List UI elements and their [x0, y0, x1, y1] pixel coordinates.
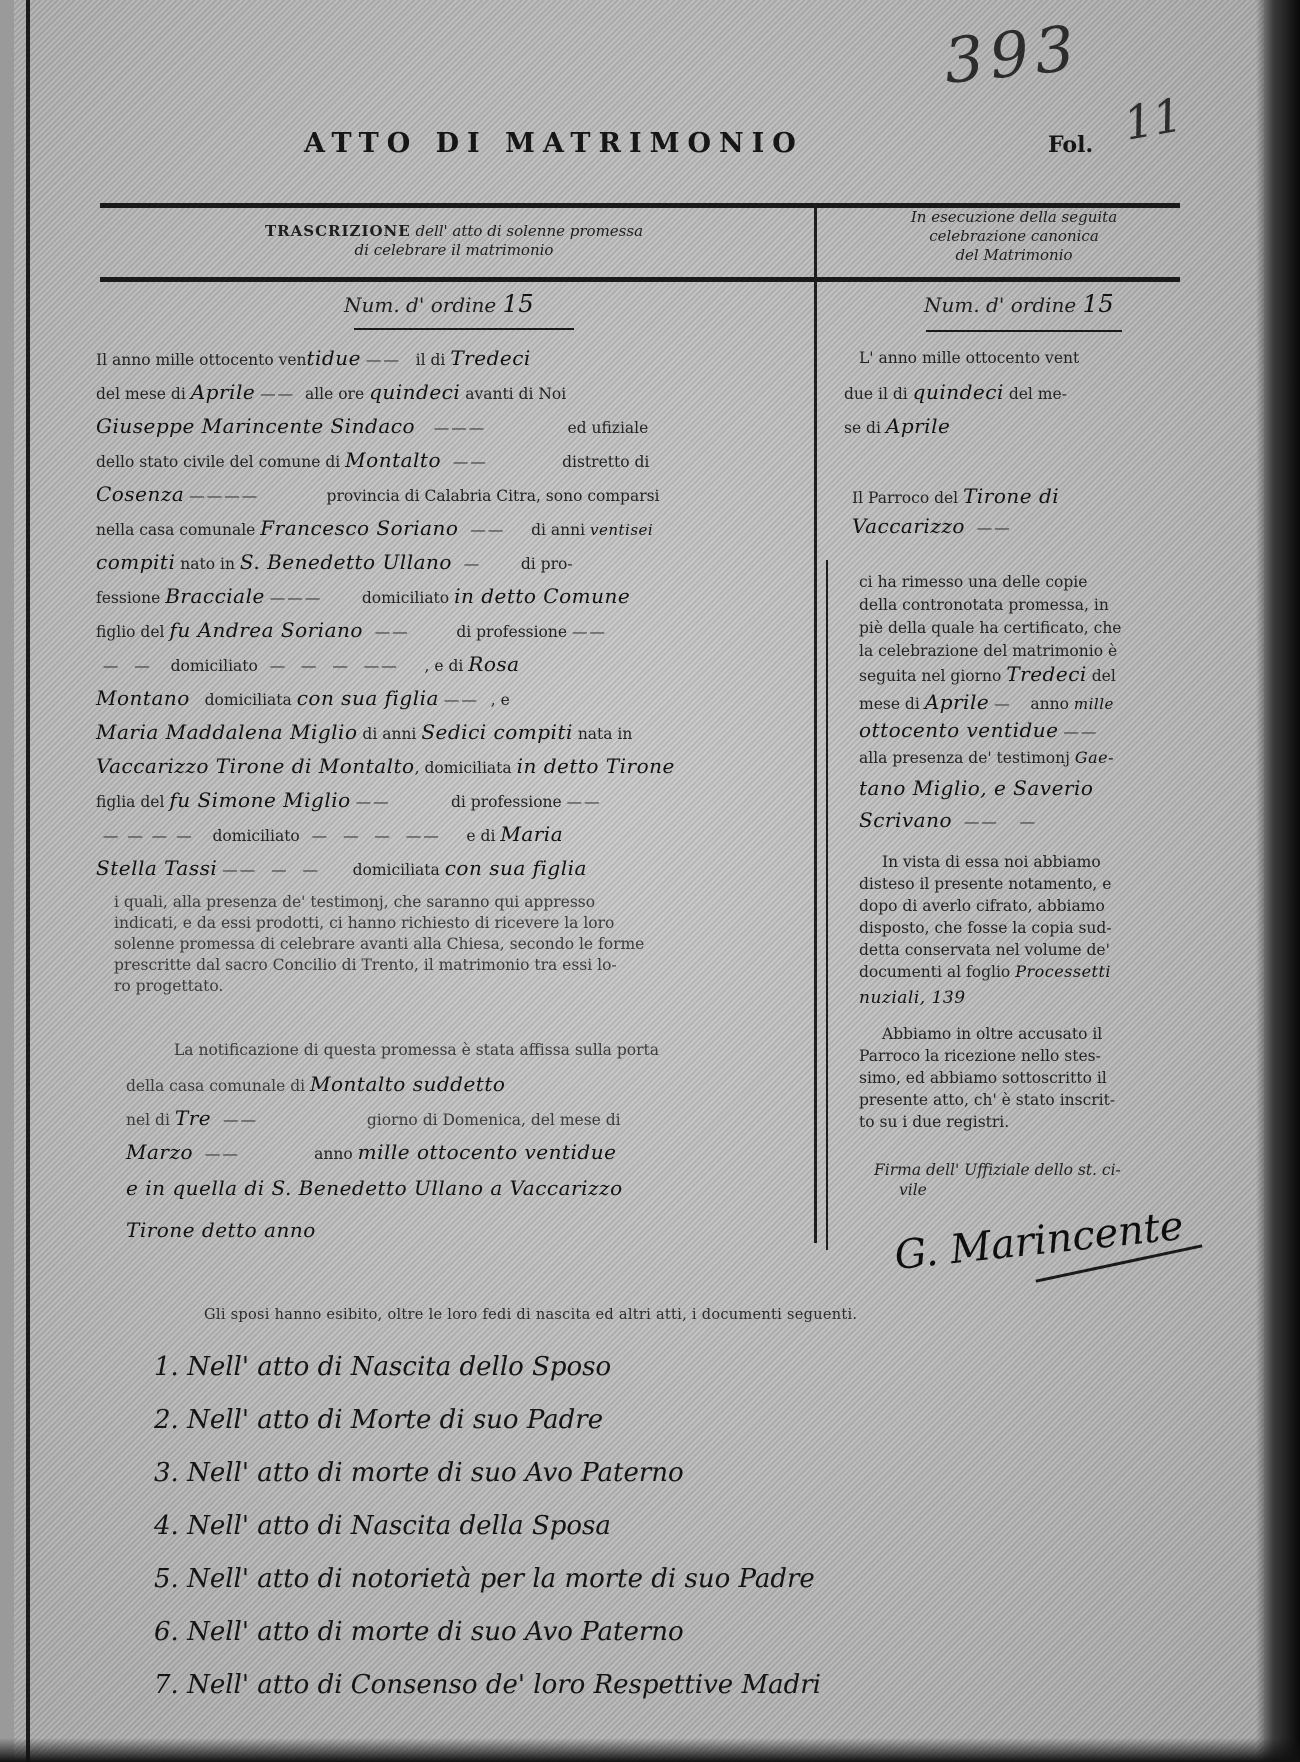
line-print: domiciliato: [213, 827, 300, 845]
line-hand: Processetti: [1015, 962, 1111, 981]
line-hand: fu Simone Miglio: [169, 788, 350, 812]
line-print: dello stato civile del comune di: [96, 453, 340, 471]
record-line-5: Cosenza ———— provincia di Calabria Citra…: [96, 484, 660, 506]
left-column-header: TRASCRIZIONE dell' atto di solenne prome…: [134, 222, 774, 260]
line-print: di pro-: [521, 555, 573, 573]
document-item: 1. Nell' atto di Nascita dello Sposo: [154, 1352, 821, 1405]
celebration-line-6: Scrivano —— —: [859, 810, 1037, 832]
document-item: 7. Nell' atto di Consenso de' loro Respe…: [154, 1670, 821, 1723]
line-print: , e di: [425, 657, 464, 675]
signature-label-1: Firma dell' Uffiziale dello st. ci-: [874, 1160, 1121, 1180]
closing2-line-1: Abbiamo in oltre accusato il: [882, 1024, 1102, 1044]
printed-paragraph-line-3: solenne promessa di celebrare avanti all…: [114, 934, 644, 954]
line-hand: Vaccarizzo: [852, 514, 965, 538]
celebration-line-4: alla presenza de' testimonj Gae-: [859, 748, 1114, 768]
line-hand: Francesco Soriano: [260, 516, 458, 540]
right-header-line: In esecuzione della seguita: [911, 208, 1117, 226]
line-hand: Rosa: [468, 652, 519, 676]
closing-line-5: detta conservata nel volume de': [859, 940, 1110, 960]
line-hand: Montano: [96, 686, 190, 710]
record-line-6: nella casa comunale Francesco Soriano ——…: [96, 518, 653, 540]
parroco-line-1: Il Parroco del Tirone di: [852, 486, 1059, 508]
line-print: avanti di Noi: [465, 385, 566, 403]
binding-shadow: [1256, 0, 1300, 1762]
left-header-rest-1: dell' atto di solenne promessa: [415, 222, 643, 240]
line-hand: Gae-: [1075, 748, 1114, 767]
line-hand: in detto Tirone: [517, 754, 675, 778]
line-print: nata in: [578, 725, 633, 743]
celebration-line-2: mese di Aprile — anno mille: [859, 692, 1114, 714]
closing2-line-3: simo, ed abbiamo sottoscritto il: [859, 1068, 1107, 1088]
line-print: alla presenza de' testimonj: [859, 749, 1070, 767]
line-print: seguita nel giorno: [859, 667, 1001, 685]
line-print: domiciliata: [205, 691, 292, 709]
line-hand: Vaccarizzo Tirone di Montalto: [96, 754, 415, 778]
line-print: di anni: [531, 521, 585, 539]
line-print: anno: [1030, 695, 1069, 713]
line-hand: in detto Comune: [454, 584, 630, 608]
line-hand: mille ottocento ventidue: [358, 1140, 617, 1164]
record-line-9: figlio del fu Andrea Soriano —— di profe…: [96, 620, 607, 642]
line-print: , e: [491, 691, 510, 709]
notification-line-6: Tirone detto anno: [126, 1220, 316, 1242]
document-page: 393 11 ATTO DI MATRIMONIO Fol. TRASCRIZI…: [14, 0, 1264, 1762]
record-line-2: del mese di Aprile —— alle ore quindeci …: [96, 382, 566, 404]
signature-label-2: vile: [899, 1180, 927, 1200]
line-hand: con sua figlia: [445, 856, 587, 880]
line-hand: Cosenza: [96, 482, 184, 506]
line-hand: Maria: [500, 822, 563, 846]
right-header-line: del Matrimonio: [955, 246, 1072, 264]
line-print: nato in: [180, 555, 235, 573]
line-print: provincia di Calabria Citra, sono compar…: [327, 487, 660, 505]
page-edge-line: [26, 0, 30, 1762]
column-divider: [814, 203, 817, 1243]
line-hand: Stella Tassi: [96, 856, 217, 880]
line-print: del me-: [1009, 385, 1067, 403]
line-hand: Tredeci: [1006, 662, 1086, 686]
closing-line-4: disposto, che fosse la copia sud-: [859, 918, 1112, 938]
notification-line-2: della casa comunale di Montalto suddetto: [126, 1074, 505, 1096]
celebration-line-3: ottocento ventidue ——: [859, 720, 1098, 742]
footer-note: Gli sposi hanno esibito, oltre le loro f…: [204, 1307, 857, 1323]
right-intro-line-2: due il di quindeci del me-: [844, 382, 1067, 404]
line-hand: Maria Maddalena Miglio: [96, 720, 357, 744]
notification-line-5: e in quella di S. Benedetto Ullano a Vac…: [126, 1178, 623, 1200]
printed-paragraph-line-1: i quali, alla presenza de' testimonj, ch…: [114, 892, 595, 912]
document-item: 6. Nell' atto di morte di suo Avo Patern…: [154, 1617, 821, 1670]
line-hand: Scrivano: [859, 808, 952, 832]
line-hand: Tirone detto anno: [126, 1218, 316, 1242]
record-line-10: — — domiciliato — — — —— , e di Rosa: [96, 654, 520, 676]
line-hand: Aprile: [925, 690, 989, 714]
bottom-edge-shadow: [0, 1738, 1300, 1762]
celebration-line-5: tano Miglio, e Saverio: [859, 778, 1093, 800]
line-print: e di: [466, 827, 495, 845]
printed-paragraph-line-5: ro progettato.: [114, 976, 223, 996]
notification-line-1: La notificazione di questa promessa è st…: [174, 1040, 659, 1060]
line-hand: Marzo: [126, 1140, 193, 1164]
line-hand: Sedici compiti: [421, 720, 573, 744]
right-order-number: Num. d' ordine 15: [924, 290, 1114, 318]
line-print: nel di: [126, 1111, 170, 1129]
line-print: del mese di: [96, 385, 186, 403]
line-hand: Tirone di: [963, 484, 1059, 508]
closing-line-3: dopo di averlo cifrato, abbiamo: [859, 896, 1105, 916]
line-print: figlia del: [96, 793, 164, 811]
line-print: Il Parroco del: [852, 489, 958, 507]
right-body-line-4: la celebrazione del matrimonio è: [859, 641, 1117, 661]
right-intro-line-3: se di Aprile: [844, 416, 950, 438]
left-order-number: Num. d' ordine 15: [344, 290, 534, 318]
line-hand: Aprile: [886, 414, 950, 438]
printed-paragraph-line-2: indicati, e da essi prodotti, ci hanno r…: [114, 913, 614, 933]
line-print: il di: [416, 351, 446, 369]
document-item: 5. Nell' atto di notorietà per la morte …: [154, 1564, 821, 1617]
line-hand: compiti: [96, 550, 175, 574]
line-hand: ottocento ventidue: [859, 718, 1058, 742]
line-hand: con sua figlia: [297, 686, 439, 710]
record-line-4: dello stato civile del comune di Montalt…: [96, 450, 649, 472]
line-print: distretto di: [562, 453, 649, 471]
right-order-underline: [926, 330, 1122, 332]
line-print: di professione: [451, 793, 562, 811]
document-item: 2. Nell' atto di Morte di suo Padre: [154, 1405, 821, 1458]
notification-line-4: Marzo —— anno mille ottocento ventidue: [126, 1142, 616, 1164]
closing2-line-4: presente atto, ch' è stato inscrit-: [859, 1090, 1115, 1110]
left-order-value: 15: [503, 290, 535, 318]
record-line-16: Stella Tassi —— — — domiciliata con sua …: [96, 858, 587, 880]
line-hand: nuziali, 139: [859, 988, 966, 1008]
record-line-1: Il anno mille ottocento ventidue —— il d…: [96, 348, 531, 370]
record-line-7: compiti nato in S. Benedetto Ullano — di…: [96, 552, 573, 574]
record-line-11: Montano domiciliata con sua figlia —— , …: [96, 688, 510, 710]
record-line-12: Maria Maddalena Miglio di anni Sedici co…: [96, 722, 632, 744]
document-title: ATTO DI MATRIMONIO: [304, 128, 804, 159]
line-hand: tidue: [307, 346, 361, 370]
line-print: domiciliato: [362, 589, 449, 607]
closing-line-6: documenti al foglio Processetti: [859, 962, 1111, 982]
printed-paragraph-line-4: prescritte dal sacro Concilio di Trento,…: [114, 955, 617, 975]
order-underline: [354, 328, 574, 330]
left-header-rest-2: di celebrare il matrimonio: [355, 241, 554, 259]
line-hand: mille: [1074, 695, 1114, 713]
notification-line-3: nel di Tre —— giorno di Domenica, del me…: [126, 1108, 621, 1130]
parroco-line-2: Vaccarizzo ——: [852, 516, 1012, 538]
right-intro-line-1: L' anno mille ottocento vent: [859, 348, 1079, 368]
document-item: 4. Nell' atto di Nascita della Sposa: [154, 1511, 821, 1564]
line-print: alle ore: [305, 385, 364, 403]
right-order-value: 15: [1083, 290, 1115, 318]
line-print: , domiciliata: [415, 759, 512, 777]
record-line-15: — — — — domiciliato — — — —— e di Maria: [96, 824, 563, 846]
line-print: anno: [314, 1145, 353, 1163]
line-print: nella casa comunale: [96, 521, 255, 539]
line-print: del: [1092, 667, 1116, 685]
line-print: ed ufiziale: [567, 419, 648, 437]
folio-number: 11: [1120, 87, 1187, 150]
line-print: di professione: [456, 623, 567, 641]
archive-number: 393: [941, 11, 1084, 98]
closing-line-1: In vista di essa noi abbiamo: [882, 852, 1101, 872]
line-hand: quindeci: [369, 380, 460, 404]
line-hand: Aprile: [191, 380, 255, 404]
closing-line-2: disteso il presente notamento, e: [859, 874, 1111, 894]
line-print: della casa comunale di: [126, 1077, 305, 1095]
closing-line-7: nuziali, 139: [859, 988, 966, 1008]
record-line-13: Vaccarizzo Tirone di Montalto, domicilia…: [96, 756, 675, 778]
line-hand: Tredeci: [450, 346, 530, 370]
closing2-line-5: to su i due registri.: [859, 1112, 1009, 1132]
documents-list: 1. Nell' atto di Nascita dello Sposo 2. …: [154, 1352, 821, 1723]
line-hand: Tre: [175, 1106, 211, 1130]
record-line-8: fessione Bracciale ——— domiciliato in de…: [96, 586, 630, 608]
line-print: Il anno mille ottocento ven: [96, 351, 307, 369]
line-hand: e in quella di S. Benedetto Ullano a Vac…: [126, 1176, 623, 1200]
record-line-14: figlia del fu Simone Miglio —— di profes…: [96, 790, 602, 812]
right-body-line-2: della contronotata promessa, in: [859, 595, 1109, 615]
line-hand: quindeci: [913, 380, 1004, 404]
right-order-label: Num. d' ordine: [924, 293, 1076, 317]
closing2-line-2: Parroco la ricezione nello stes-: [859, 1046, 1101, 1066]
right-header-line: celebrazione canonica: [929, 227, 1099, 245]
header-bottom-rule: [100, 277, 1180, 282]
line-print: giorno di Domenica, del mese di: [367, 1111, 621, 1129]
line-hand: Montalto suddetto: [310, 1072, 505, 1096]
line-print: due il di: [844, 385, 908, 403]
line-print: domiciliata: [353, 861, 440, 879]
line-print: documenti al foglio: [859, 963, 1010, 981]
officer-signature: G. Marincente: [892, 1203, 1185, 1279]
line-print: domiciliato: [171, 657, 258, 675]
title-folio-label: Fol.: [1048, 132, 1093, 158]
column-divider-inner: [826, 560, 828, 1250]
line-hand: tano Miglio, e Saverio: [859, 776, 1093, 800]
line-print: di anni: [362, 725, 416, 743]
line-hand: Bracciale: [165, 584, 265, 608]
line-hand: fu Andrea Soriano: [169, 618, 363, 642]
line-hand: Giuseppe Marincente Sindaco: [96, 414, 415, 438]
document-item: 3. Nell' atto di morte di suo Avo Patern…: [154, 1458, 821, 1511]
line-print: se di: [844, 419, 881, 437]
right-body-line-1: ci ha rimesso una delle copie: [859, 572, 1087, 592]
right-column-header: In esecuzione della seguita celebrazione…: [844, 208, 1184, 265]
line-hand: Montalto: [345, 448, 441, 472]
line-hand: S. Benedetto Ullano: [240, 550, 452, 574]
right-body-line-3: piè della quale ha certificato, che: [859, 618, 1121, 638]
line-hand: ventisei: [590, 521, 653, 539]
line-print: mese di: [859, 695, 920, 713]
record-line-3: Giuseppe Marincente Sindaco ——— ed ufizi…: [96, 416, 648, 438]
line-print: figlio del: [96, 623, 165, 641]
line-print: fessione: [96, 589, 160, 607]
left-header-bold: TRASCRIZIONE: [265, 222, 411, 240]
celebration-line-1: seguita nel giorno Tredeci del: [859, 664, 1116, 686]
left-order-label: Num. d' ordine: [344, 293, 496, 317]
